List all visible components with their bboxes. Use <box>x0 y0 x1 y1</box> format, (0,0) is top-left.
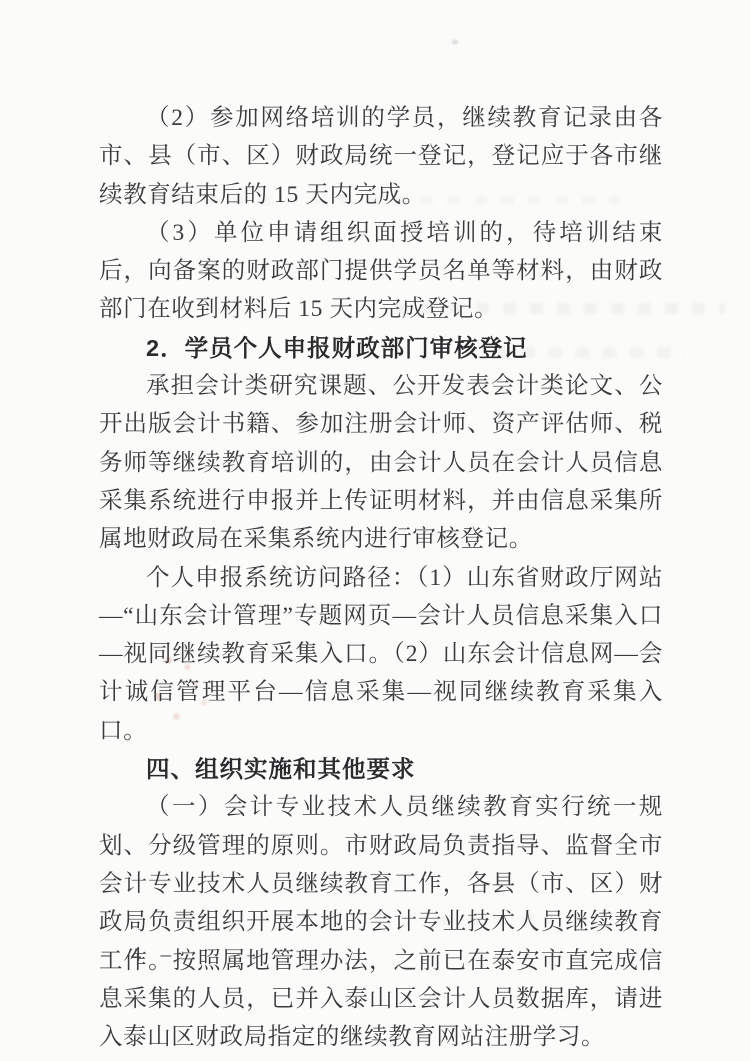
paragraph-unified-planning-principle: （一）会计专业技术人员继续教育实行统一规划、分级管理的原则。市财政局负责指导、监… <box>99 788 663 1056</box>
scan-dot-artifact <box>452 40 458 44</box>
paragraph-declaration-scope: 承担会计类研究课题、公开发表会计类论文、公开出版会计书籍、参加注册会计师、资产评… <box>99 367 663 558</box>
paragraph-system-access-paths: 个人申报系统访问路径：（1）山东省财政厅网站—“山东会计管理”专题网页—会计人员… <box>99 559 663 750</box>
section-heading-organization-implementation: 四、组织实施和其他要求 <box>99 750 663 788</box>
page-number: – 4 – <box>101 942 178 967</box>
paragraph-onsite-training-registration: （3）单位申请组织面授培训的，待培训结束后，向备案的财政部门提供学员名单等材料，… <box>99 214 663 329</box>
document-text-column: （2）参加网络培训的学员，继续教育记录由各市、县（市、区）财政局统一登记，登记应… <box>99 99 663 1056</box>
section-heading-individual-declaration: 2．学员个人申报财政部门审核登记 <box>99 329 663 367</box>
document-page: （2）参加网络培训的学员，继续教育记录由各市、县（市、区）财政局统一登记，登记应… <box>0 0 750 1061</box>
paragraph-network-training-registration: （2）参加网络培训的学员，继续教育记录由各市、县（市、区）财政局统一登记，登记应… <box>99 99 663 214</box>
